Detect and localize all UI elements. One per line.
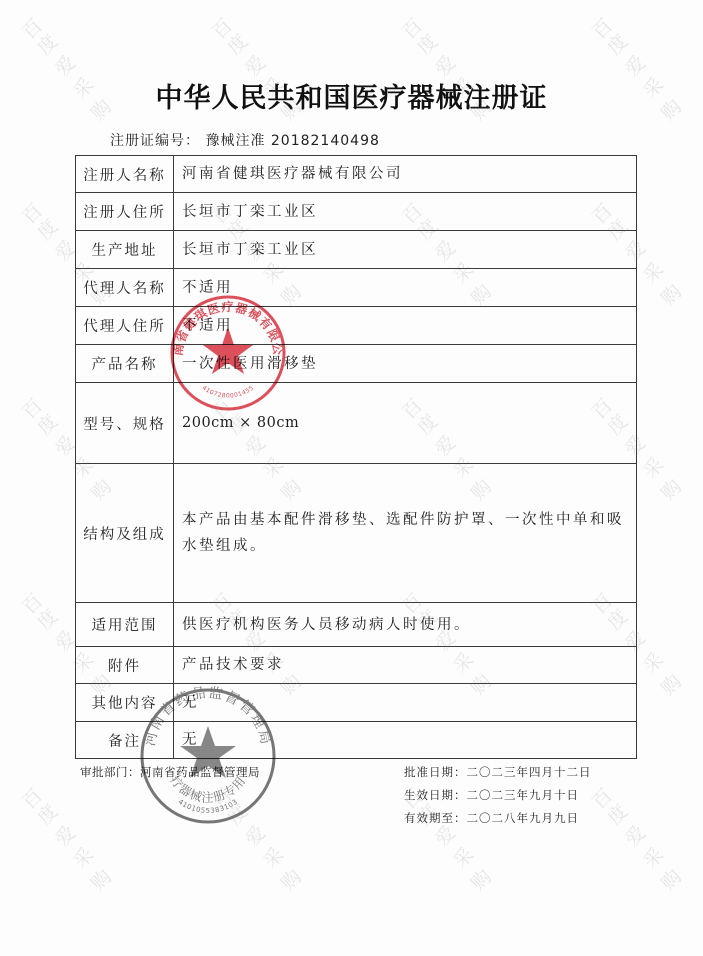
table-row: 其他内容 无 [76, 684, 637, 722]
row-label: 结构及组成 [76, 464, 174, 603]
row-value: 无 [174, 722, 637, 759]
row-label: 代理人名称 [76, 269, 174, 307]
row-value: 一次性医用滑移垫 [174, 345, 637, 383]
table-row: 代理人住所 不适用 [76, 307, 637, 345]
row-label: 产品名称 [76, 345, 174, 383]
row-label: 注册人名称 [76, 156, 174, 193]
approval-date: 批准日期：二〇二三年四月十二日 [404, 764, 592, 787]
row-label: 附件 [76, 647, 174, 684]
row-value: 供医疗机构医务人员移动病人时使用。 [174, 603, 637, 647]
row-label: 型号、规格 [76, 383, 174, 464]
expiry-date: 有效期至：二〇二八年九月九日 [404, 810, 592, 833]
table-row: 结构及组成 本产品由基本配件滑移垫、选配件防护罩、一次性中单和吸水垫组成。 [76, 464, 637, 603]
watermark: 百度爱采购 [20, 200, 40, 310]
table-row: 代理人名称 不适用 [76, 269, 637, 307]
effective-date: 生效日期：二〇二三年九月十日 [404, 787, 592, 810]
watermark: 百度爱采购 [20, 785, 40, 895]
row-label: 生产地址 [76, 231, 174, 269]
dates-block: 批准日期：二〇二三年四月十二日 生效日期：二〇二三年九月十日 有效期至：二〇二八… [404, 764, 592, 833]
svg-text:4101055383103: 4101055383103 [177, 798, 240, 815]
table-row: 生产地址 长垣市丁栾工业区 [76, 231, 637, 269]
row-label: 其他内容 [76, 684, 174, 722]
row-value: 本产品由基本配件滑移垫、选配件防护罩、一次性中单和吸水垫组成。 [174, 464, 637, 603]
row-value: 长垣市丁栾工业区 [174, 231, 637, 269]
certificate-page: 中华人民共和国医疗器械注册证 注册证编号： 豫械注准 20182140498 注… [0, 0, 703, 956]
table-row: 备注 无 [76, 722, 637, 759]
watermark: 百度爱采购 [20, 395, 40, 505]
row-label: 备注 [76, 722, 174, 759]
row-label: 适用范围 [76, 603, 174, 647]
page-title: 中华人民共和国医疗器械注册证 [0, 76, 703, 115]
row-value: 河南省健琪医疗器械有限公司 [174, 156, 637, 193]
row-label: 代理人住所 [76, 307, 174, 345]
table-row: 适用范围 供医疗机构医务人员移动病人时使用。 [76, 603, 637, 647]
row-value: 长垣市丁栾工业区 [174, 193, 637, 231]
watermark: 百度爱采购 [590, 785, 610, 895]
certificate-table: 注册人名称 河南省健琪医疗器械有限公司 注册人住所 长垣市丁栾工业区 生产地址 … [75, 155, 637, 759]
table-row: 注册人住所 长垣市丁栾工业区 [76, 193, 637, 231]
authority-seal-number: 4101055383103 [177, 798, 240, 815]
row-label: 注册人住所 [76, 193, 174, 231]
row-value: 不适用 [174, 307, 637, 345]
registration-number: 注册证编号： 豫械注准 20182140498 [110, 130, 380, 150]
row-value: 200cm × 80cm [174, 383, 637, 464]
table-row: 附件 产品技术要求 [76, 647, 637, 684]
watermark: 百度爱采购 [20, 590, 40, 700]
row-value: 产品技术要求 [174, 647, 637, 684]
table-row: 注册人名称 河南省健琪医疗器械有限公司 [76, 156, 637, 193]
table-row: 型号、规格 200cm × 80cm [76, 383, 637, 464]
row-value: 无 [174, 684, 637, 722]
row-value: 不适用 [174, 269, 637, 307]
approving-department: 审批部门：河南省药品监督管理局 [80, 764, 260, 780]
table-row: 产品名称 一次性医用滑移垫 [76, 345, 637, 383]
watermark: 百度爱采购 [210, 785, 230, 895]
